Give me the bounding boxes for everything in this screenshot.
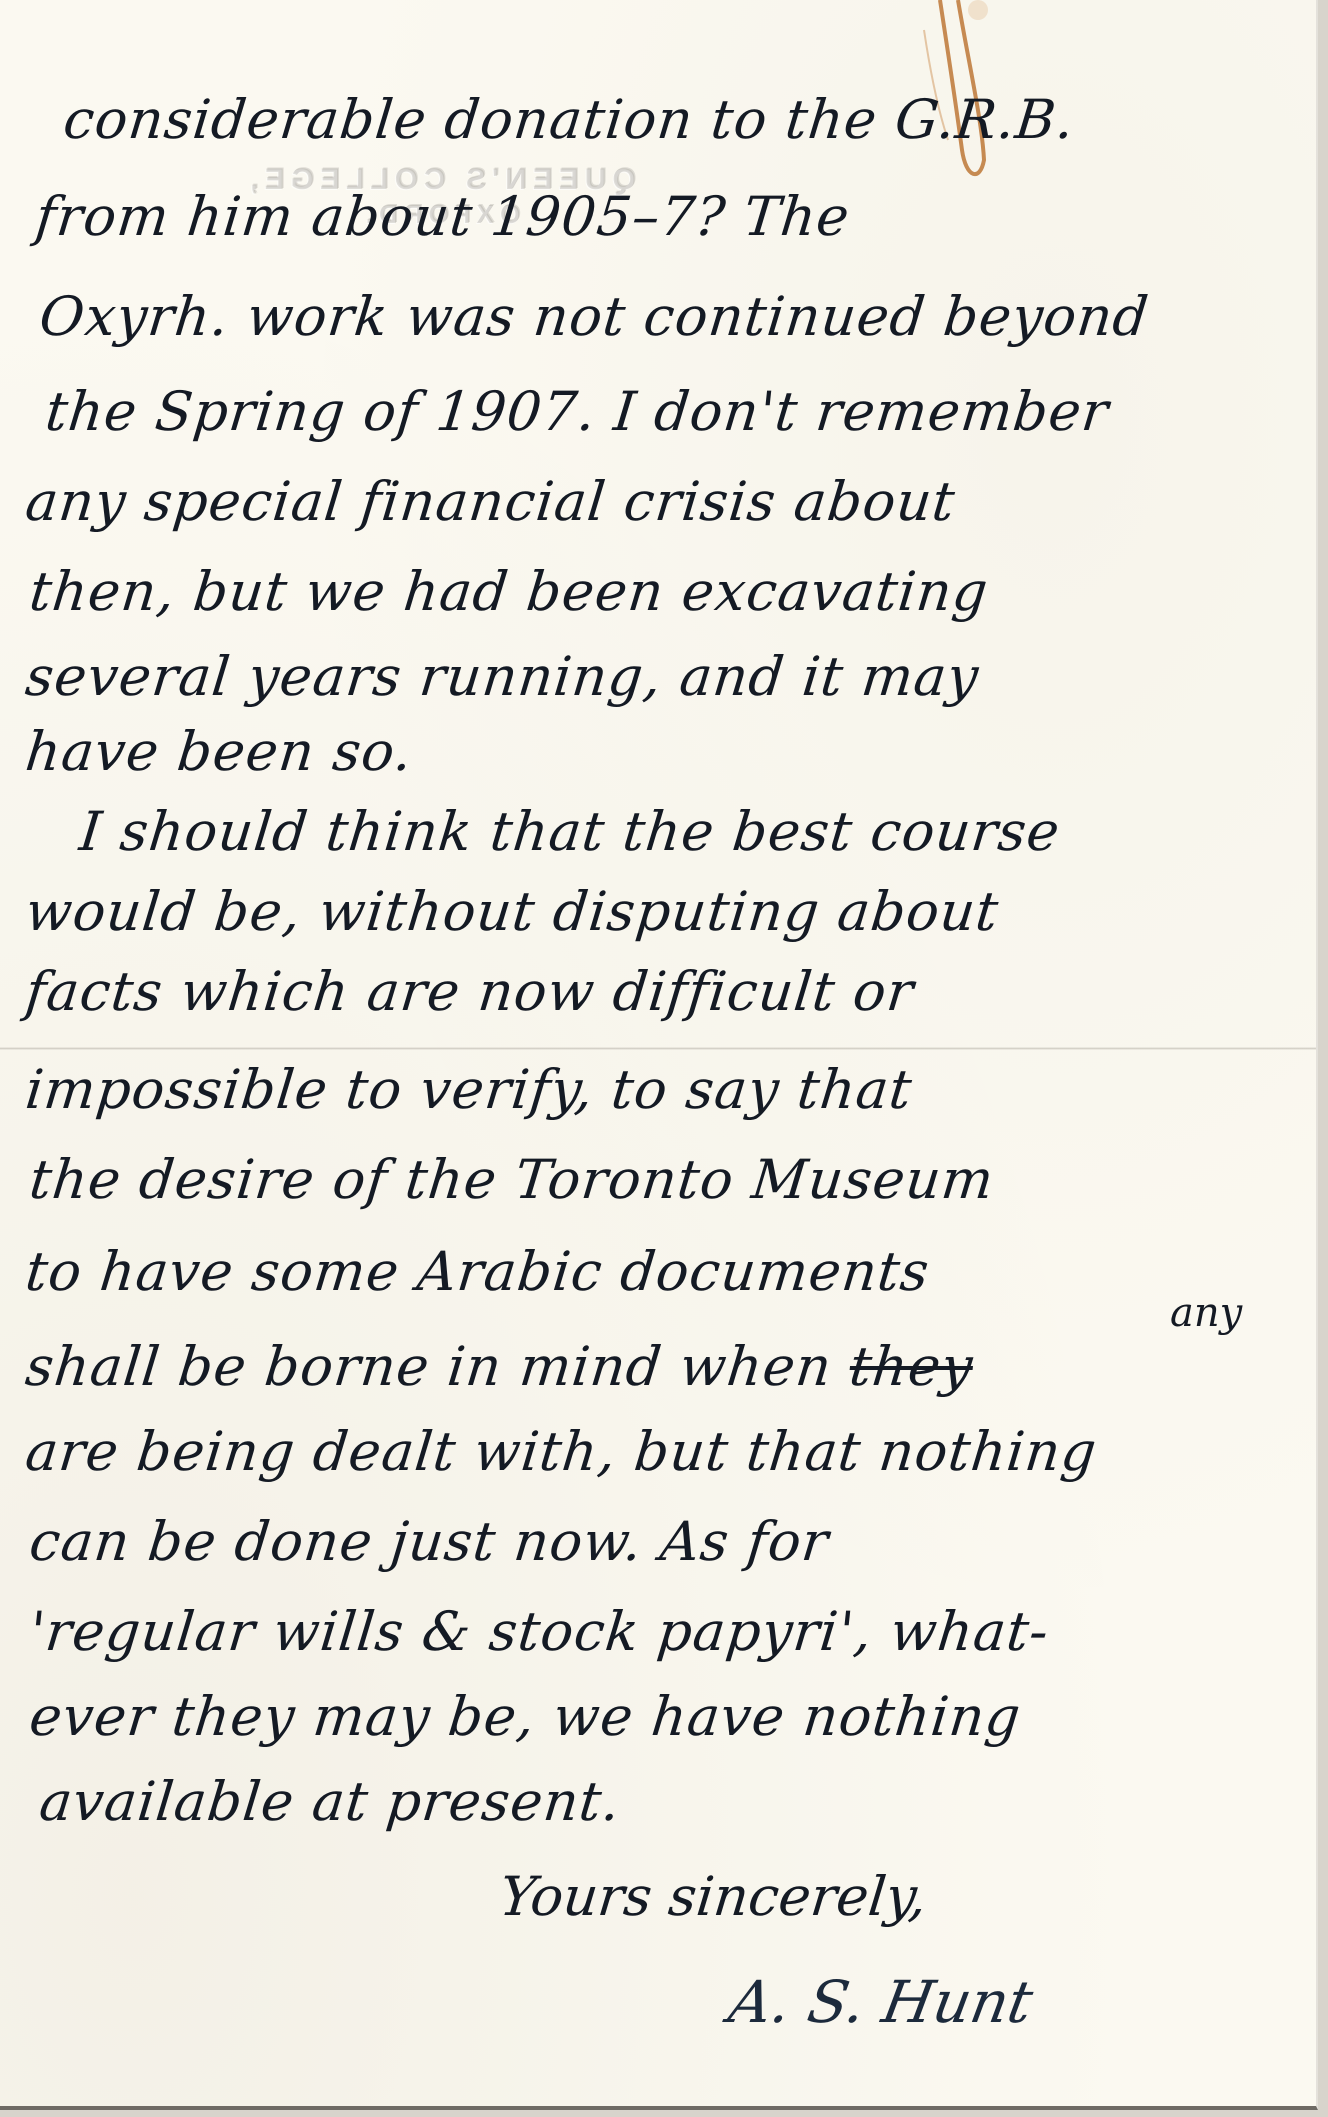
letter-line: facts which are now difficult or [23,960,917,1023]
signature: A. S. Hunt [724,1968,1038,2036]
letter-line: 'regular wills & stock papyri', what- [27,1600,1052,1663]
letter-line: are being dealt with, but that nothing [23,1420,1100,1483]
line-text: shall be borne in mind when [23,1335,835,1398]
letter-line: the desire of the Toronto Museum [27,1148,997,1211]
letter-line: any special financial crisis about [23,470,959,533]
letter-line: have been so. [23,720,416,783]
letter-line: considerable donation to the G.R.B. [61,88,1078,151]
letter-line: shall be borne in mind when they [23,1335,977,1398]
closing-salutation: Yours sincerely, [497,1865,930,1928]
letter-line: would be, without disputing about [23,880,1002,943]
letter-page: QUEEN'S COLLEGE, OXFORD. considerable do… [0,0,1318,2110]
letter-line: I should think that the best course [77,800,1064,863]
letter-line: the Spring of 1907. I don't remember [43,380,1112,443]
fold-crease [0,1047,1316,1050]
letter-line: available at present. [37,1770,624,1833]
letter-line: ever they may be, we have nothing [27,1685,1024,1748]
letter-line: to have some Arabic documents [23,1240,933,1303]
letter-line: then, but we had been excavating [27,560,992,623]
inserted-word: any [1170,1290,1242,1336]
struck-word: they [847,1335,977,1398]
letter-line: Oxyrh. work was not continued beyond [37,285,1152,348]
letter-line: from him about 1905–7? The [33,185,853,248]
letter-line: several years running, and it may [23,645,982,708]
letter-line: can be done just now. As for [27,1510,832,1573]
letter-line: impossible to verify, to say that [23,1058,916,1121]
